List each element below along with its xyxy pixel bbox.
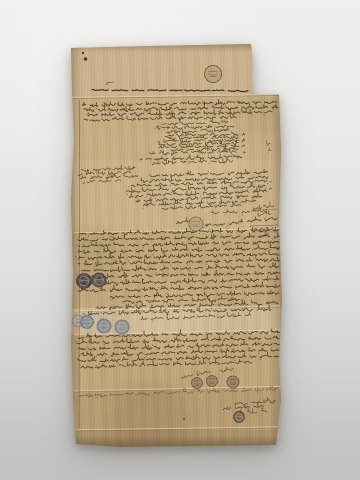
fold-crease (72, 94, 280, 98)
margin-ticks (268, 182, 272, 190)
reference-mark (106, 82, 114, 85)
underline-rule (250, 225, 278, 226)
red-speck (109, 308, 111, 310)
ink-layer (0, 0, 360, 480)
ink-blot-1 (82, 52, 84, 54)
dark-stamp-1-stamp-icon (77, 274, 92, 289)
signature-block (223, 397, 276, 413)
underline-rule (252, 209, 277, 210)
letterhead-line (92, 89, 248, 92)
photo-backdrop (0, 0, 360, 480)
blue-stamp-3-stamp-icon (115, 320, 129, 334)
bottom-dot (183, 418, 185, 420)
left-annotation (78, 165, 138, 183)
small-stamp-3-stamp-icon (227, 376, 239, 388)
document-paper (0, 0, 360, 480)
right-margin-block (253, 202, 274, 237)
dark-stamp-2-stamp-icon (92, 273, 106, 287)
faint-round-stamp-stamp-icon (189, 217, 203, 231)
paper-sheet (0, 0, 360, 480)
bottom-stamp-stamp-icon (234, 412, 245, 423)
small-stamp-2-stamp-icon (207, 376, 218, 387)
aging-spot (243, 93, 287, 137)
embossed-seal-stamp-icon (205, 66, 222, 83)
small-stamp-1-stamp-icon (192, 378, 203, 389)
blue-stamp-1-stamp-icon (81, 316, 94, 329)
signature-marks (181, 367, 233, 378)
ink-blot-2 (84, 57, 88, 61)
note-line (211, 208, 266, 215)
blue-stamp-2-stamp-icon (97, 319, 111, 333)
